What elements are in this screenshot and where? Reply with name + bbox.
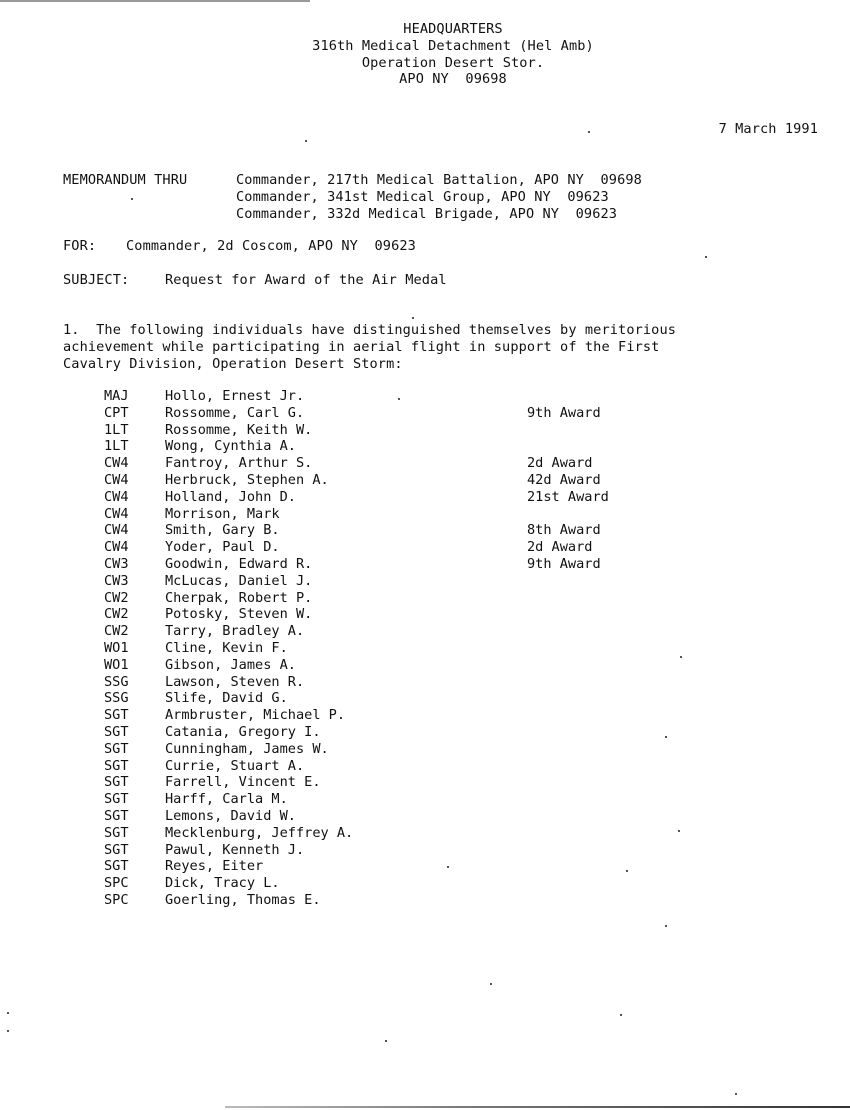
roster-rank: CW2 (104, 623, 129, 640)
roster-rank: CW4 (104, 506, 129, 523)
scan-speck (490, 983, 492, 985)
roster-rank: 1LT (104, 438, 129, 455)
scan-speck (665, 925, 667, 927)
memo-for-label: FOR: (63, 238, 96, 255)
roster-name: Slife, David G. (165, 690, 288, 707)
roster-name: Rossomme, Keith W. (165, 422, 312, 439)
paragraph-1-line: achievement while participating in aeria… (63, 339, 659, 356)
roster-name: Wong, Cynthia A. (165, 438, 296, 455)
roster-rank: CW4 (104, 522, 129, 539)
scan-artifact-bottom (225, 1106, 850, 1108)
scan-speck (735, 1093, 737, 1095)
roster-rank: CPT (104, 405, 129, 422)
scan-speck (398, 398, 400, 400)
memorandum-page: HEADQUARTERS 316th Medical Detachment (H… (0, 0, 850, 1110)
roster-name: Cherpak, Robert P. (165, 590, 312, 607)
roster-rank: WO1 (104, 657, 129, 674)
roster-name: Lawson, Steven R. (165, 674, 304, 691)
roster-name: Goerling, Thomas E. (165, 892, 321, 909)
letterhead-operation: Operation Desert Stor. (0, 55, 850, 72)
scan-speck (7, 1012, 9, 1014)
roster-name: Cline, Kevin F. (165, 640, 288, 657)
roster-name: Tarry, Bradley A. (165, 623, 304, 640)
roster-name: Smith, Gary B. (165, 522, 280, 539)
scan-speck (447, 866, 449, 868)
scan-speck (385, 1040, 387, 1042)
scan-speck (131, 198, 133, 200)
scan-speck (626, 870, 628, 872)
letterhead-unit: 316th Medical Detachment (Hel Amb) (0, 38, 850, 55)
roster-name: Herbruck, Stephen A. (165, 472, 329, 489)
roster-rank: SGT (104, 858, 129, 875)
roster-rank: MAJ (104, 388, 129, 405)
roster-rank: SGT (104, 808, 129, 825)
roster-rank: SGT (104, 842, 129, 859)
roster-rank: SGT (104, 791, 129, 808)
roster-name: Yoder, Paul D. (165, 539, 280, 556)
roster-rank: WO1 (104, 640, 129, 657)
roster-name: Lemons, David W. (165, 808, 296, 825)
memo-thru-line: Commander, 341st Medical Group, APO NY 0… (236, 189, 609, 206)
roster-rank: SGT (104, 707, 129, 724)
paragraph-1-line: Cavalry Division, Operation Desert Storm… (63, 356, 403, 373)
scan-speck (665, 736, 667, 738)
roster-award: 9th Award (527, 556, 601, 573)
roster-rank: CW4 (104, 472, 129, 489)
roster-name: Catania, Gregory I. (165, 724, 321, 741)
roster-award: 42d Award (527, 472, 601, 489)
roster-name: Reyes, Eiter (165, 858, 263, 875)
memo-thru-line: Commander, 332d Medical Brigade, APO NY … (236, 206, 617, 223)
scan-speck (7, 1030, 9, 1032)
roster-rank: CW4 (104, 455, 129, 472)
roster-name: Fantroy, Arthur S. (165, 455, 312, 472)
memo-thru-line: Commander, 217th Medical Battalion, APO … (236, 172, 642, 189)
roster-rank: CW4 (104, 489, 129, 506)
roster-name: McLucas, Daniel J. (165, 573, 312, 590)
roster-name: Dick, Tracy L. (165, 875, 280, 892)
scan-artifact-top (0, 0, 310, 2)
roster-rank: CW4 (104, 539, 129, 556)
roster-name: Morrison, Mark (165, 506, 280, 523)
letterhead-address: APO NY 09698 (0, 71, 850, 88)
roster-rank: CW2 (104, 606, 129, 623)
roster-award: 8th Award (527, 522, 601, 539)
roster-rank: 1LT (104, 422, 129, 439)
roster-name: Armbruster, Michael P. (165, 707, 345, 724)
roster-name: Potosky, Steven W. (165, 606, 312, 623)
memo-thru-label: MEMORANDUM THRU (63, 172, 187, 189)
memo-subject: Request for Award of the Air Medal (165, 272, 447, 289)
roster-award: 9th Award (527, 405, 601, 422)
roster-rank: SPC (104, 875, 129, 892)
scan-speck (678, 830, 680, 832)
roster-name: Holland, John D. (165, 489, 296, 506)
roster-name: Currie, Stuart A. (165, 758, 304, 775)
scan-speck (680, 656, 682, 658)
memo-subject-label: SUBJECT: (63, 272, 129, 289)
roster-name: Rossomme, Carl G. (165, 405, 304, 422)
roster-rank: CW2 (104, 590, 129, 607)
roster-name: Harff, Carla M. (165, 791, 288, 808)
roster-name: Hollo, Ernest Jr. (165, 388, 304, 405)
roster-rank: SGT (104, 724, 129, 741)
paragraph-1-line: 1. The following individuals have distin… (63, 322, 676, 339)
scan-speck (305, 140, 307, 142)
roster-name: Cunningham, James W. (165, 741, 329, 758)
roster-rank: SGT (104, 774, 129, 791)
roster-rank: SGT (104, 741, 129, 758)
scan-speck (620, 1014, 622, 1016)
roster-rank: SGT (104, 825, 129, 842)
roster-award: 2d Award (527, 539, 592, 556)
roster-rank: SGT (104, 758, 129, 775)
roster-name: Goodwin, Edward R. (165, 556, 312, 573)
roster-name: Pawul, Kenneth J. (165, 842, 304, 859)
roster-name: Gibson, James A. (165, 657, 296, 674)
scan-speck (412, 317, 414, 319)
roster-rank: SPC (104, 892, 129, 909)
roster-rank: CW3 (104, 573, 129, 590)
letterhead-headquarters: HEADQUARTERS (0, 21, 850, 38)
memo-for-addressee: Commander, 2d Coscom, APO NY 09623 (126, 238, 416, 255)
roster-rank: SSG (104, 690, 129, 707)
roster-name: Mecklenburg, Jeffrey A. (165, 825, 353, 842)
memo-date: 7 March 1991 (719, 121, 818, 138)
roster-award: 21st Award (527, 489, 609, 506)
roster-rank: SSG (104, 674, 129, 691)
roster-award: 2d Award (527, 455, 592, 472)
roster-name: Farrell, Vincent E. (165, 774, 321, 791)
scan-speck (705, 256, 707, 258)
roster-rank: CW3 (104, 556, 129, 573)
scan-speck (588, 131, 590, 133)
